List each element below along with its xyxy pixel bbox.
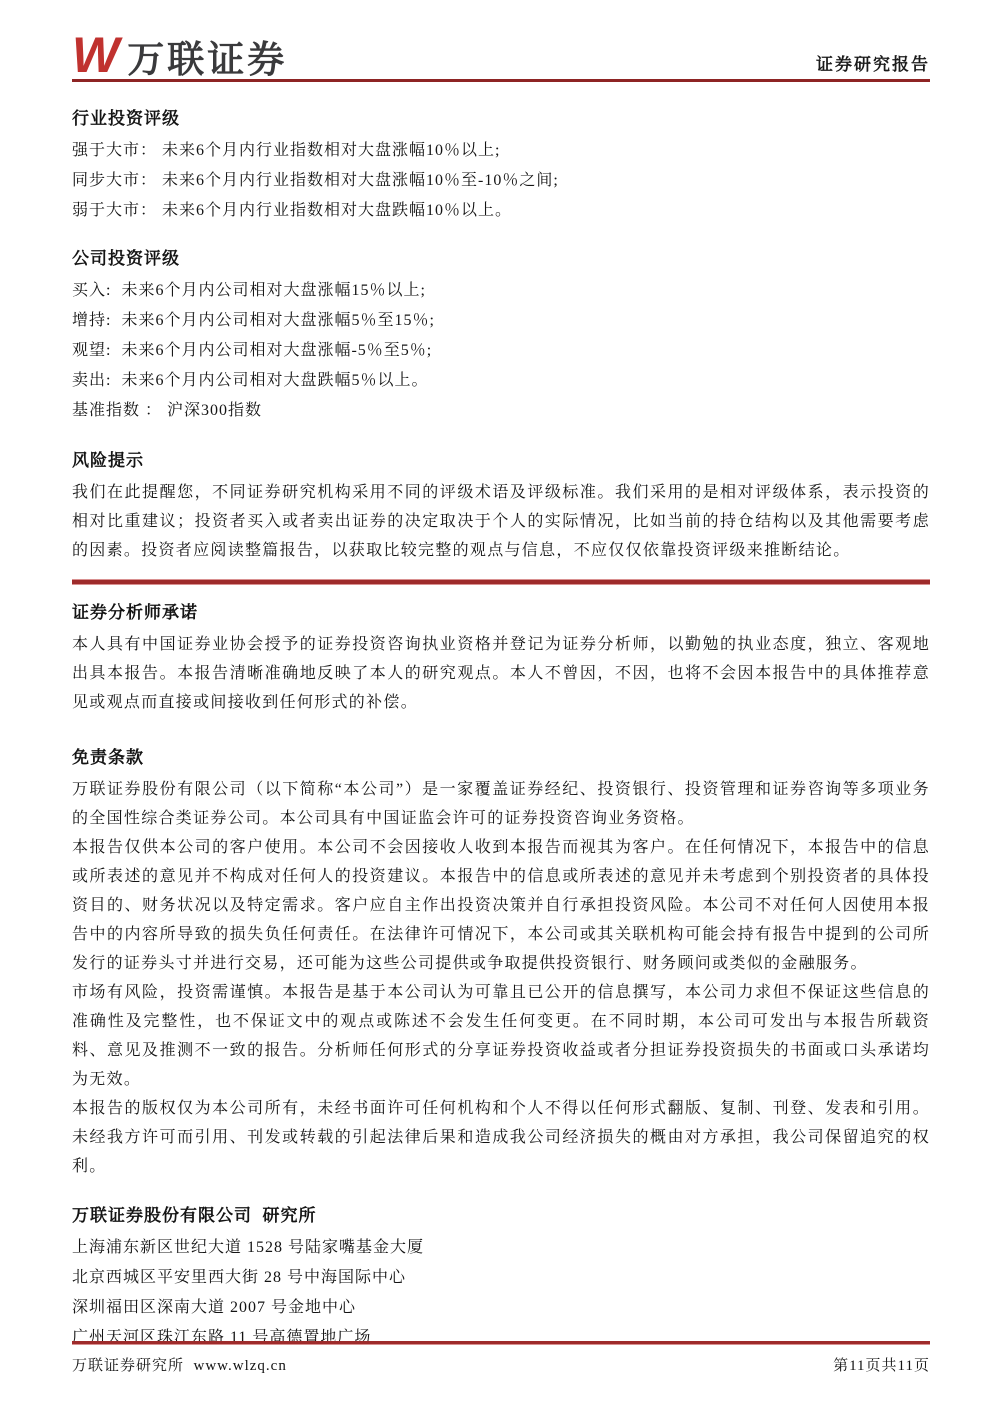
brand-name: 万联证券 <box>127 41 287 78</box>
section-institute: 万联证券股份有限公司 研究所 上海浦东新区世纪大道 1528 号陆家嘴基金大厦 … <box>72 1201 930 1353</box>
brand-w-icon: W <box>72 34 119 77</box>
disclaimer-paragraph: 市场有风险，投资需谨慎。本报告是基于本公司认为可靠且已公开的信息撰写，本公司力求… <box>72 978 930 1094</box>
footer-row: 万联证券研究所 www.wlzq.cn 第11页共11页 <box>72 1345 930 1375</box>
rating-line: 弱于大市： 未来6个月内行业指数相对大盘跌幅10％以上。 <box>72 196 930 226</box>
section-industry-rating: 行业投资评级 强于大市： 未来6个月内行业指数相对大盘涨幅10％以上; 同步大市… <box>72 104 930 226</box>
page-number: 第11页共11页 <box>833 1354 930 1375</box>
page-header: W 万联证券 证券研究报告 <box>72 34 930 82</box>
risk-notice-body: 我们在此提醒您，不同证券研究机构采用不同的评级术语及评级标准。我们采用的是相对评… <box>72 478 930 565</box>
section-title: 行业投资评级 <box>72 104 930 129</box>
address-line-shenzhen: 深圳福田区深南大道 2007 号金地中心 <box>72 1293 930 1323</box>
section-divider <box>72 579 930 585</box>
institute-title: 万联证券股份有限公司 研究所 <box>72 1201 930 1226</box>
section-analyst-pledge: 证券分析师承诺 本人具有中国证券业协会授予的证券投资咨询执业资格并登记为证券分析… <box>72 598 930 717</box>
section-title: 证券分析师承诺 <box>72 598 930 623</box>
rating-line: 同步大市： 未来6个月内行业指数相对大盘涨幅10％至-10％之间; <box>72 166 930 196</box>
brand-logo: W 万联证券 <box>72 34 287 78</box>
address-line-beijing: 北京西城区平安里西大街 28 号中海国际中心 <box>72 1263 930 1293</box>
report-type-label: 证券研究报告 <box>816 50 930 78</box>
disclaimer-paragraph: 本报告仅供本公司的客户使用。本公司不会因接收人收到本报告而视其为客户。在任何情况… <box>72 833 930 978</box>
rating-line: 强于大市： 未来6个月内行业指数相对大盘涨幅10％以上; <box>72 136 930 166</box>
page-content: W 万联证券 证券研究报告 行业投资评级 强于大市： 未来6个月内行业指数相对大… <box>0 0 1000 1353</box>
analyst-pledge-body: 本人具有中国证券业协会授予的证券投资咨询执业资格并登记为证券分析师，以勤勉的执业… <box>72 630 930 717</box>
rating-line: 卖出: 未来6个月内公司相对大盘跌幅5％以上。 <box>72 366 930 396</box>
report-page: W 万联证券 证券研究报告 行业投资评级 强于大市： 未来6个月内行业指数相对大… <box>0 0 1000 1414</box>
section-company-rating: 公司投资评级 买入: 未来6个月内公司相对大盘涨幅15％以上; 增持: 未来6个… <box>72 244 930 426</box>
section-disclaimer: 免责条款 万联证券股份有限公司（以下简称“本公司”）是一家覆盖证券经纪、投资银行… <box>72 743 930 1181</box>
section-title: 风险提示 <box>72 446 930 471</box>
footer-company-url: 万联证券研究所 www.wlzq.cn <box>72 1354 287 1375</box>
address-line-shanghai: 上海浦东新区世纪大道 1528 号陆家嘴基金大厦 <box>72 1233 930 1263</box>
rating-line: 买入: 未来6个月内公司相对大盘涨幅15％以上; <box>72 276 930 306</box>
section-title: 免责条款 <box>72 743 930 768</box>
disclaimer-paragraph: 万联证券股份有限公司（以下简称“本公司”）是一家覆盖证券经纪、投资银行、投资管理… <box>72 775 930 833</box>
rating-line: 增持: 未来6个月内公司相对大盘涨幅5％至15％; <box>72 306 930 336</box>
rating-line: 观望: 未来6个月内公司相对大盘涨幅-5％至5％; <box>72 336 930 366</box>
disclaimer-paragraph: 本报告的版权仅为本公司所有，未经书面许可任何机构和个人不得以任何形式翻版、复制、… <box>72 1094 930 1181</box>
benchmark-index-line: 基准指数 ： 沪深300指数 <box>72 396 930 426</box>
page-footer: 万联证券研究所 www.wlzq.cn 第11页共11页 <box>72 1341 930 1375</box>
section-title: 公司投资评级 <box>72 244 930 269</box>
section-risk-notice: 风险提示 我们在此提醒您，不同证券研究机构采用不同的评级术语及评级标准。我们采用… <box>72 446 930 565</box>
